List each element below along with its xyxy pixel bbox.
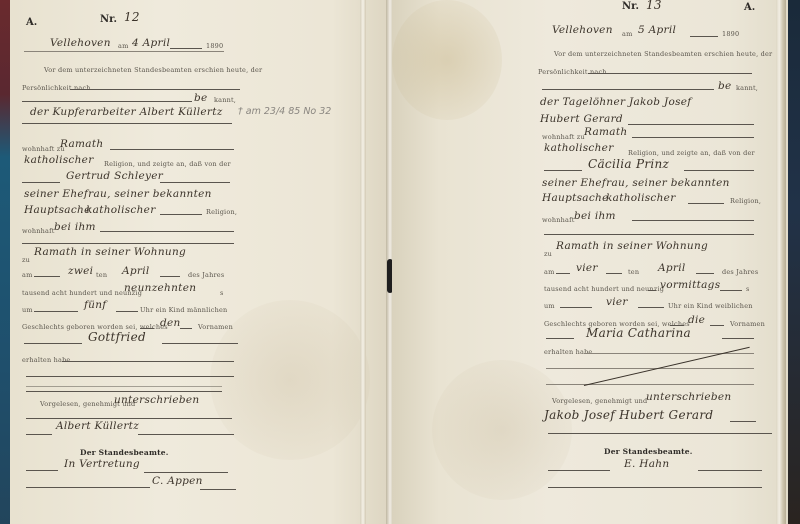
mother-religion: katholischer	[86, 204, 156, 216]
uhr-text: Uhr ein Kind männlichen	[140, 306, 227, 314]
mother-name: Cäcilia Prinz	[588, 157, 669, 171]
year: 1890	[206, 42, 223, 50]
right-page: Nr. 13 A. Vellehoven am 5 April 1890 Vor…	[392, 0, 788, 524]
child-name: Gottfried	[88, 330, 146, 344]
wohnhaft-bei-label: wohnhaft	[22, 227, 55, 235]
declarant-signature: Albert Küllertz	[56, 420, 139, 432]
des-jahres: des Jahres	[188, 271, 224, 279]
child-article: die	[688, 314, 705, 326]
zu-label: zu	[544, 250, 552, 258]
religion-text: Religion, und zeigte an, daß von der	[104, 160, 231, 168]
time-word: vormittags	[660, 279, 720, 291]
religion-label: Religion,	[730, 197, 761, 205]
known-word: kannt,	[736, 84, 758, 92]
year-suffix: s	[746, 285, 750, 293]
vorgelesen-text: Vorgelesen, genehmigt und	[552, 397, 647, 405]
uhr-text: Uhr ein Kind weiblichen	[668, 302, 753, 310]
record-number: 13	[646, 0, 662, 12]
year-suffix: s	[220, 289, 224, 297]
intro-text: Vor dem unterzeichneten Standesbeamten e…	[44, 66, 262, 74]
religion-declarant: katholischer	[544, 142, 614, 154]
birth-place: Ramath in seiner Wohnung	[34, 246, 186, 258]
declarant-line-2: Hubert Gerard	[540, 113, 623, 125]
known-word: kannt,	[214, 96, 236, 104]
mother-religion: katholischer	[606, 192, 676, 204]
official-in-vertretung: In Vertretung	[64, 458, 140, 470]
wohnhaft-bei-label: wohnhaft	[542, 216, 575, 224]
des-jahres: des Jahres	[722, 268, 758, 276]
birth-month: April	[122, 265, 150, 277]
time-word: neunzehnten	[124, 282, 196, 294]
vornamen-label: Vornamen	[198, 323, 233, 331]
um-label: um	[22, 306, 33, 314]
series-letter: A.	[26, 17, 37, 28]
mother-description: seiner Ehefrau, seiner bekannten	[24, 188, 212, 200]
book-cover-right	[788, 0, 800, 524]
residence: Ramath	[584, 126, 627, 138]
um-label: um	[544, 302, 555, 310]
wohnhaft-label: wohnhaft zu	[22, 145, 65, 153]
standesbeamte-title: Der Standesbeamte.	[604, 447, 693, 456]
birth-month: April	[658, 262, 686, 274]
mother-description: seiner Ehefrau, seiner bekannten	[542, 177, 730, 189]
ten-label: ten	[628, 268, 639, 276]
religion-text: Religion, und zeigte an, daß von der	[628, 149, 755, 157]
date: 4 April	[132, 37, 170, 49]
birth-hour: fünf	[84, 299, 107, 311]
mother-religion-prefix: Hauptsache	[24, 204, 91, 216]
series-letter: A.	[744, 2, 755, 13]
date-prefix: am	[622, 30, 632, 38]
am-label: am	[22, 271, 32, 279]
unterschrieben: unterschrieben	[646, 391, 732, 403]
record-number: 12	[124, 10, 140, 24]
declarant-signature: Jakob Josef Hubert Gerard	[544, 408, 713, 422]
wohnhaft-bei: bei ihm	[54, 221, 96, 233]
official-signature: C. Appen	[152, 475, 203, 487]
place: Vellehoven	[552, 24, 613, 36]
birth-place: Ramath in seiner Wohnung	[556, 240, 708, 252]
erhalten-text: erhalten habe	[22, 356, 70, 364]
religion-declarant: katholischer	[24, 154, 94, 166]
child-article: den	[160, 317, 181, 329]
known-mark: be	[718, 80, 732, 92]
record-number-label: Nr.	[100, 14, 117, 25]
left-page: A. Nr. 12 Vellehoven am 4 April 1890 Vor…	[10, 0, 388, 524]
record-number-label: Nr.	[622, 1, 639, 12]
right-page-edge	[776, 0, 786, 524]
declarant-line-1: der Tagelöhner Jakob Josef	[540, 96, 691, 108]
wohnhaft-label: wohnhaft zu	[542, 133, 585, 141]
erhalten-text: erhalten habe	[544, 348, 592, 356]
religion-label: Religion,	[206, 208, 237, 216]
tausend-text: tausend acht hundert und neunzig	[544, 285, 664, 293]
zu-label: zu	[22, 256, 30, 264]
declarant: der Kupferarbeiter Albert Küllertz	[30, 106, 223, 118]
official-signature: E. Hahn	[624, 458, 669, 470]
ten-label: ten	[96, 271, 107, 279]
wohnhaft-bei: bei ihm	[574, 210, 616, 222]
am-label: am	[544, 268, 554, 276]
date-prefix: am	[118, 42, 128, 50]
margin-death-note: † am 23/4 85 No 32	[238, 106, 331, 117]
mother-name: Gertrud Schleyer	[66, 170, 163, 182]
mother-religion-prefix: Hauptsache	[542, 192, 609, 204]
birth-hour: vier	[606, 296, 628, 308]
intro-text: Vor dem unterzeichneten Standesbeamten e…	[554, 50, 772, 58]
year: 1890	[722, 30, 739, 38]
residence: Ramath	[60, 138, 103, 150]
known-mark: be	[194, 92, 208, 104]
left-page-edge	[360, 0, 366, 524]
persoenlichkeit-label: Persönlichkeit nach	[22, 84, 91, 92]
birth-day: zwei	[68, 265, 93, 277]
date: 5 April	[638, 24, 676, 36]
vornamen-label: Vornamen	[730, 320, 765, 328]
standesbeamte-title: Der Standesbeamte.	[80, 448, 169, 457]
child-name: Maria Catharina	[586, 326, 691, 340]
birth-day: vier	[576, 262, 598, 274]
place: Vellehoven	[50, 37, 111, 49]
unterschrieben: unterschrieben	[114, 394, 200, 406]
persoenlichkeit-label: Persönlichkeit nach	[538, 68, 607, 76]
